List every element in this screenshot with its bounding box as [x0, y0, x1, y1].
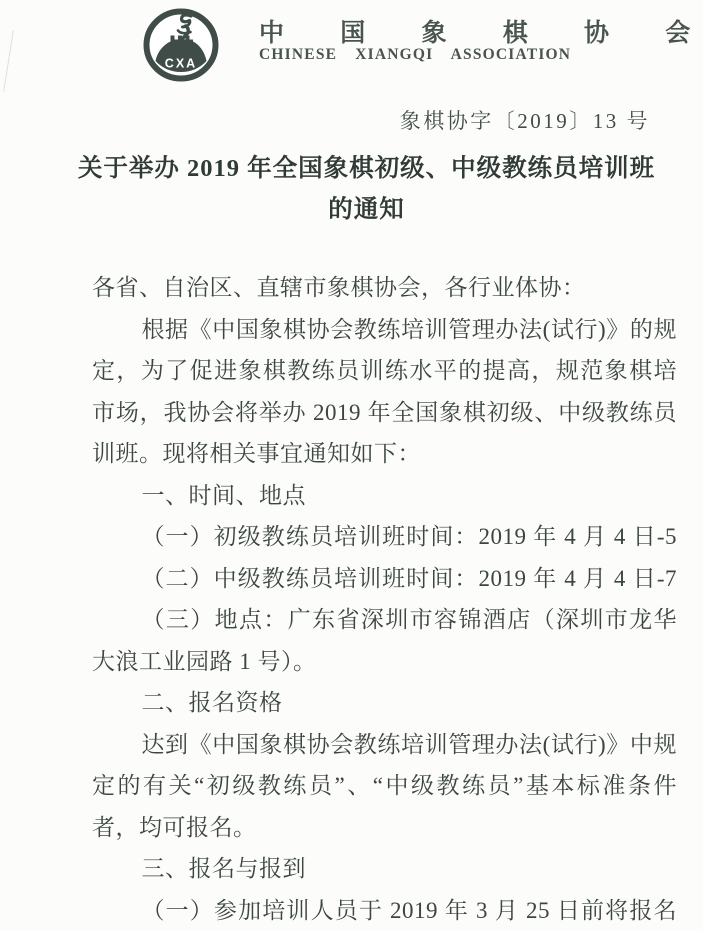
body-line: 三、报名与报到 — [92, 848, 677, 890]
notice-title-line2: 的通知 — [30, 189, 703, 230]
notice-title: 关于举办 2019 年全国象棋初级、中级教练员培训班 的通知 — [30, 148, 703, 230]
body-line: 者，均可报名。 — [92, 807, 677, 849]
body-line: 市场，我协会将举办 2019 年全国象棋初级、中级教练员培 — [92, 392, 677, 434]
cxa-association-logo: CXA — [141, 7, 221, 83]
body-line: 定，为了促进象棋教练员训练水平的提高，规范象棋培训 — [92, 350, 677, 392]
notice-title-line1: 关于举办 2019 年全国象棋初级、中级教练员培训班 — [30, 148, 703, 189]
scanned-notice-page: CXA 中 国 象 棋 协 会 CHINESE XIANGQI ASSOCIAT… — [0, 0, 703, 931]
body-line: 各省、自治区、直辖市象棋协会，各行业体协： — [92, 267, 677, 309]
body-line: （三）地点：广东省深圳市容锦酒店（深圳市龙华区 — [92, 599, 677, 641]
document-body: 各省、自治区、直辖市象棋协会，各行业体协：根据《中国象棋协会教练培训管理办法(试… — [92, 267, 677, 931]
org-name-chinese: 中 国 象 棋 协 会 — [259, 13, 703, 49]
body-line: 大浪工业园路 1 号）。 — [92, 641, 677, 683]
document-number: 象棋协字〔2019〕13 号 — [400, 105, 650, 135]
body-line: 一、时间、地点 — [92, 475, 677, 517]
body-line: 二、报名资格 — [92, 682, 677, 724]
body-line: 定的有关“初级教练员”、“中级教练员”基本标准条件 — [92, 765, 677, 807]
body-line: （一）参加培训人员于 2019 年 3 月 25 日前将报名表、 — [92, 890, 677, 931]
body-line: 根据《中国象棋协会教练培训管理办法(试行)》的规 — [92, 309, 677, 351]
body-line: 达到《中国象棋协会教练培训管理办法(试行)》中规 — [92, 724, 677, 766]
scan-artifact-line — [3, 30, 14, 91]
body-line: （二）中级教练员培训班时间：2019 年 4 月 4 日-7 日。 — [92, 558, 677, 600]
body-line: 训班。现将相关事宜通知如下： — [92, 433, 677, 475]
org-name-english: CHINESE XIANGQI ASSOCIATION — [259, 46, 571, 64]
body-line: （一）初级教练员培训班时间：2019 年 4 月 4 日-5 日。 — [92, 516, 677, 558]
logo-cxa-letters: CXA — [165, 57, 197, 71]
